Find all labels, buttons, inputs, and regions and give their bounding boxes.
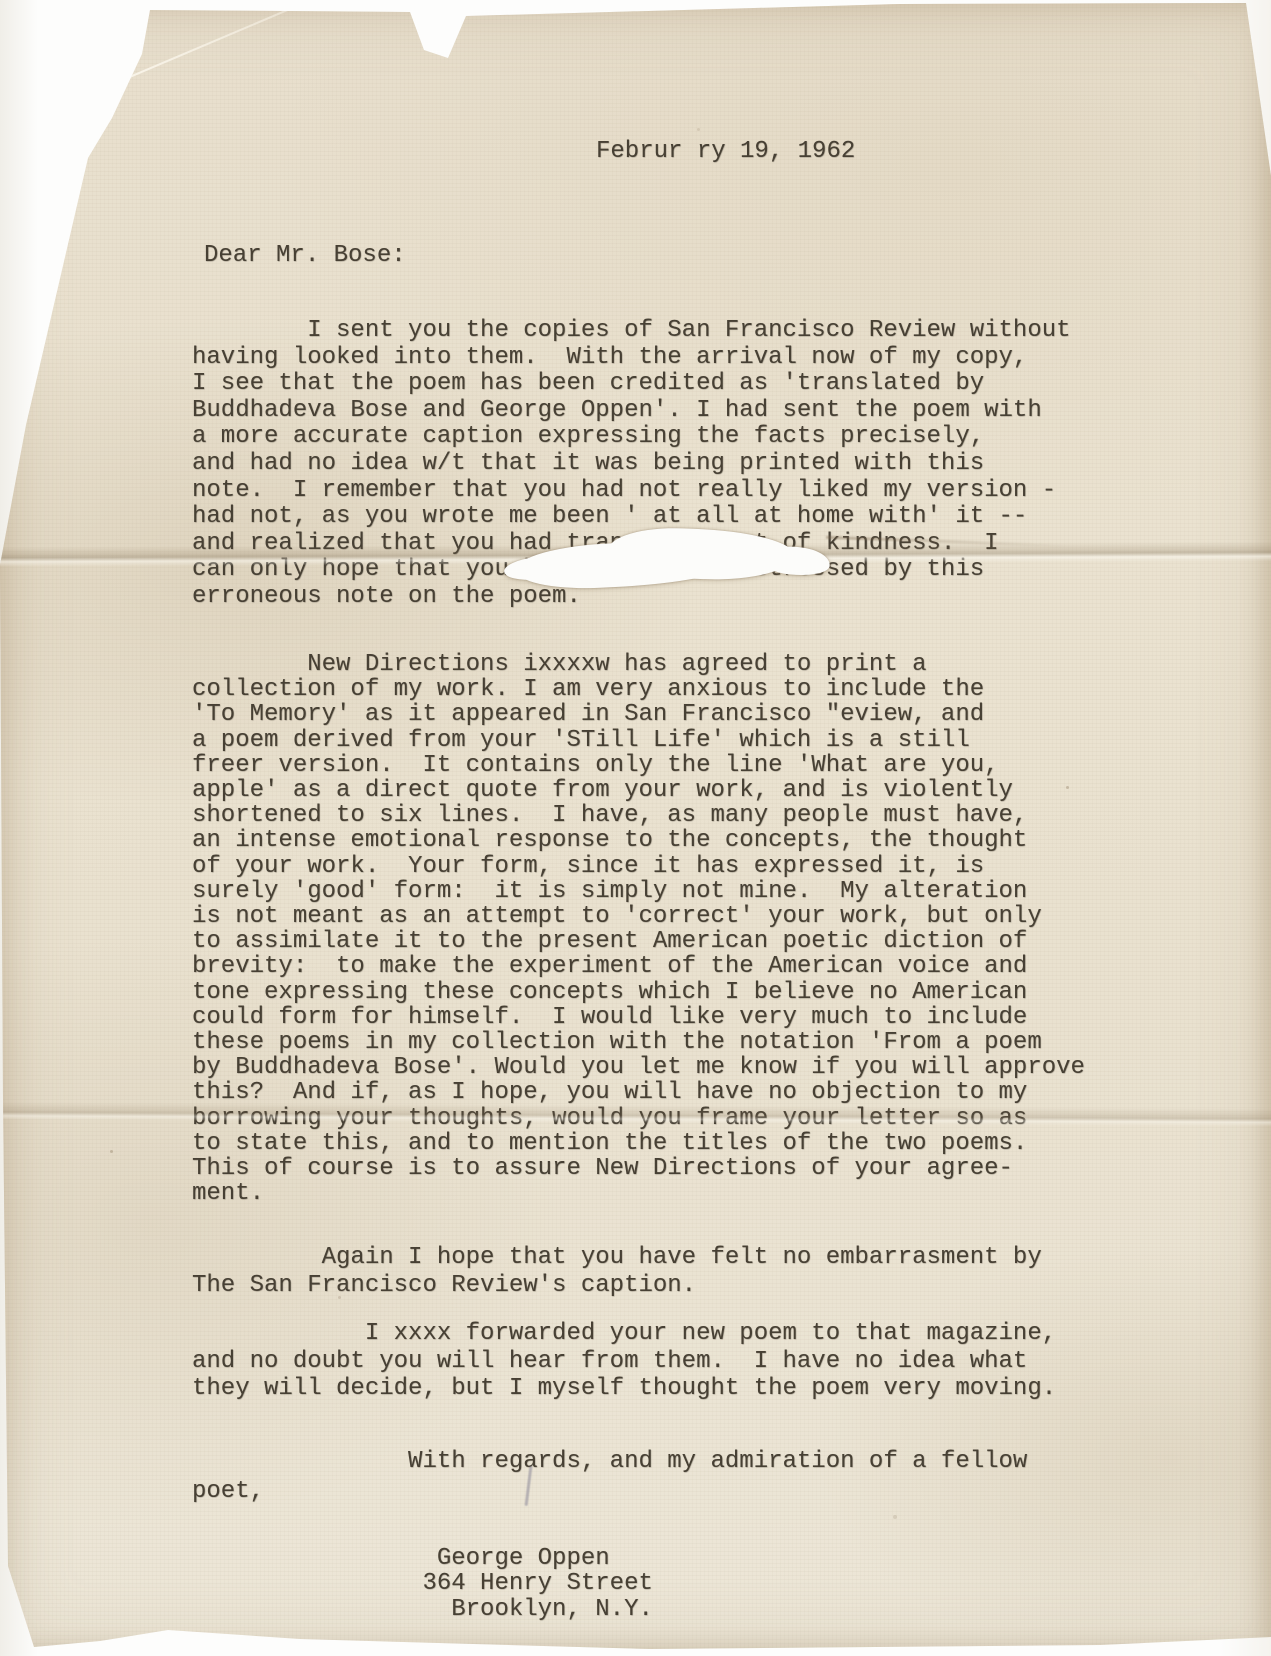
letter-line: and realized that you had translated out… — [192, 531, 1071, 558]
letter-line: and had no idea w/t that it was being pr… — [192, 451, 1071, 478]
letter-line: With regards, and my admiration of a fel… — [192, 1447, 1027, 1477]
letter-line: poet, — [192, 1477, 1027, 1507]
letter-line: note. I remember that you had not really… — [192, 478, 1071, 505]
letter-line: this? And if, as I hope, you will have n… — [192, 1080, 1085, 1105]
letter-line: surely 'good' form: it is simply not min… — [192, 879, 1085, 904]
letter-line: The San Francisco Review's caption. — [192, 1272, 1042, 1300]
letter-line: an intense emotional response to the con… — [192, 828, 1085, 853]
letter-paper: Februr ry 19, 1962 Dear Mr. Bose: I sent… — [0, 0, 1271, 1656]
paragraph-1: I sent you the copies of San Francisco R… — [192, 318, 1071, 611]
paragraph-3: Again I hope that you have felt no embar… — [192, 1244, 1042, 1299]
letter-line: freer version. It contains only the line… — [192, 753, 1085, 778]
letter-closing: With regards, and my admiration of a fel… — [192, 1447, 1027, 1507]
letter-line: I sent you the copies of San Francisco R… — [192, 318, 1071, 345]
letter-line: had not, as you wrote me been ' at all a… — [192, 504, 1071, 531]
letter-line: shortened to six lines. I have, as many … — [192, 803, 1085, 828]
letter-line: I see that the poem has been credited as… — [192, 371, 1071, 398]
paragraph-2: New Directions ixxxxw has agreed to prin… — [192, 652, 1085, 1206]
letter-line: tone expressing these concepts which I b… — [192, 980, 1085, 1005]
letter-signature: George Oppen 364 Henry Street Brooklyn, … — [192, 1546, 653, 1622]
letter-line: New Directions ixxxxw has agreed to prin… — [192, 652, 1085, 677]
letter-line: ment. — [192, 1181, 1085, 1206]
letter-line: 'To Memory' as it appeared in San Franci… — [192, 702, 1085, 727]
letter-line: is not meant as an attempt to 'correct' … — [192, 904, 1085, 929]
letter-line: of your work. Your form, since it has ex… — [192, 854, 1085, 879]
letter-line: can only hope that you have not been dis… — [192, 557, 1071, 584]
paper-speck — [110, 1150, 113, 1153]
letter-line: could form for himself. I would like ver… — [192, 1005, 1085, 1030]
torn-corner-edge — [92, 0, 323, 94]
letter-line: and no doubt you will hear from them. I … — [192, 1348, 1056, 1376]
letter-line: having looked into them. With the arriva… — [192, 345, 1071, 372]
letter-line: these poems in my collection with the no… — [192, 1030, 1085, 1055]
letter-line: Brooklyn, N.Y. — [192, 1597, 653, 1622]
letter-line: to assimilate it to the present American… — [192, 929, 1085, 954]
letter-line: a poem derived from your 'STill Life' wh… — [192, 728, 1085, 753]
paper-speck — [697, 128, 700, 131]
letter-line: by Buddhadeva Bose'. Would you let me kn… — [192, 1055, 1085, 1080]
letter-line: This of course is to assure New Directio… — [192, 1156, 1085, 1181]
letter-line: Buddhadeva Bose and George Oppen'. I had… — [192, 398, 1071, 425]
letter-line: Dear Mr. Bose: — [204, 243, 406, 270]
letter-line: collection of my work. I am very anxious… — [192, 677, 1085, 702]
letter-line: brevity: to make the experiment of the A… — [192, 954, 1085, 979]
letter-line: a more accurate caption expressing the f… — [192, 424, 1071, 451]
letter-line: Februr ry 19, 1962 — [596, 139, 855, 166]
letter-line: apple' as a direct quote from your work,… — [192, 778, 1085, 803]
letter-line: I xxxx forwarded your new poem to that m… — [192, 1320, 1056, 1348]
letter-salutation: Dear Mr. Bose: — [204, 243, 406, 270]
letter-line: 364 Henry Street — [192, 1571, 653, 1596]
letter-line: Again I hope that you have felt no embar… — [192, 1244, 1042, 1272]
letter-line: George Oppen — [192, 1546, 653, 1571]
paragraph-4: I xxxx forwarded your new poem to that m… — [192, 1320, 1056, 1403]
letter-line: erroneous note on the poem. — [192, 584, 1071, 611]
letter-line: borrowing your thoughts, would you frame… — [192, 1106, 1085, 1131]
paper-speck — [893, 1515, 897, 1519]
letter-date: Februr ry 19, 1962 — [596, 139, 855, 166]
letter-line: they will decide, but I myself thought t… — [192, 1375, 1056, 1403]
letter-line: to state this, and to mention the titles… — [192, 1131, 1085, 1156]
